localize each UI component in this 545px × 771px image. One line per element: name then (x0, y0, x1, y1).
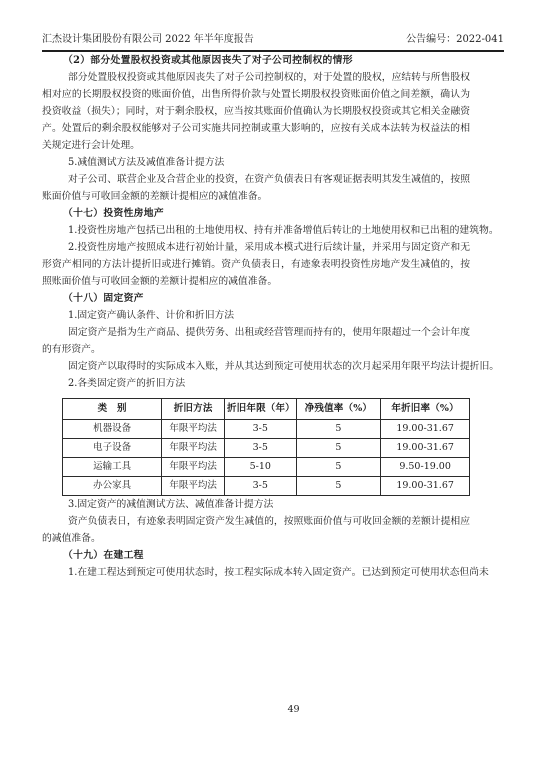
table-cell: 电子设备 (63, 439, 162, 458)
table-cell: 19.00-31.67 (381, 420, 470, 439)
paragraph-19-1: 1.在建工程达到预定可使用状态时，按工程实际成本转入固定资产。已达到预定可使用状… (42, 564, 470, 581)
heading-partial-disposal: （2）部分处置股权投资或其他原因丧失了对子公司控制权的情形 (42, 52, 470, 69)
announcement-number: 公告编号：2022-041 (406, 33, 504, 46)
table-cell: 3-5 (224, 439, 296, 458)
heading-18-1-recognition: 1.固定资产确认条件、计价和折旧方法 (42, 307, 470, 324)
table-cell: 5 (296, 420, 381, 439)
report-title: 汇杰设计集团股份有限公司 2022 年半年度报告 (42, 33, 254, 46)
table-cell: 3-5 (224, 477, 296, 496)
heading-18-2-depreciation-methods: 2.各类固定资产的折旧方法 (42, 375, 470, 392)
table-cell: 5 (296, 458, 381, 477)
paragraph-17-1: 1.投资性房地产包括已出租的土地使用权、持有并准备增值后转让的土地使用权和已出租… (42, 222, 470, 239)
table-row: 机器设备 年限平均法 3-5 5 19.00-31.67 (63, 420, 470, 439)
table-cell: 办公家具 (63, 477, 162, 496)
table-cell: 机器设备 (63, 420, 162, 439)
table-cell: 19.00-31.67 (381, 439, 470, 458)
document-body: （2）部分处置股权投资或其他原因丧失了对子公司控制权的情形 部分处置股权投资或其… (42, 52, 470, 581)
table-cell: 年限平均法 (162, 420, 225, 439)
table-cell: 5 (296, 439, 381, 458)
page-header: 汇杰设计集团股份有限公司 2022 年半年度报告 公告编号：2022-041 (42, 33, 504, 52)
paragraph-18-1a: 固定资产是指为生产商品、提供劳务、出租或经营管理而持有的，使用年限超过一个会计年… (42, 324, 470, 358)
table-cell: 5-10 (224, 458, 296, 477)
table-header-row: 类 别 折旧方法 折旧年限（年） 净残值率（%） 年折旧率（%） (63, 399, 470, 420)
paragraph-18-1b: 固定资产以取得时的实际成本入账，并从其达到预定可使用状态的次月起采用年限平均法计… (42, 358, 470, 375)
page-number: 49 (0, 704, 545, 715)
table-cell: 年限平均法 (162, 458, 225, 477)
table-cell: 运输工具 (63, 458, 162, 477)
table-cell: 年限平均法 (162, 477, 225, 496)
heading-impairment-method: 5.减值测试方法及减值准备计提方法 (42, 154, 470, 171)
table-cell: 年限平均法 (162, 439, 225, 458)
heading-section-17-investment-property: （十七）投资性房地产 (42, 205, 470, 222)
paragraph-impairment-method: 对子公司、联营企业及合营企业的投资，在资产负债表日有客观证据表明其发生减值的，按… (42, 171, 470, 205)
table-cell: 19.00-31.67 (381, 477, 470, 496)
column-header-category: 类 别 (63, 399, 162, 420)
paragraph-partial-disposal: 部分处置股权投资或其他原因丧失了对子公司控制权的，对于处置的股权，应结转与所售股… (42, 69, 470, 154)
paragraph-17-2: 2.投资性房地产按照成本进行初始计量，采用成本模式进行后续计量，并采用与固定资产… (42, 239, 470, 290)
table-cell: 9.50-19.00 (381, 458, 470, 477)
table-row: 电子设备 年限平均法 3-5 5 19.00-31.67 (63, 439, 470, 458)
heading-section-18-fixed-assets: （十八）固定资产 (42, 290, 470, 307)
table-cell: 3-5 (224, 420, 296, 439)
table-cell: 5 (296, 477, 381, 496)
table-row: 运输工具 年限平均法 5-10 5 9.50-19.00 (63, 458, 470, 477)
table-row: 办公家具 年限平均法 3-5 5 19.00-31.67 (63, 477, 470, 496)
column-header-residual-rate: 净残值率（%） (296, 399, 381, 420)
column-header-annual-rate: 年折旧率（%） (381, 399, 470, 420)
paragraph-18-3: 资产负债表日，有迹象表明固定资产发生减值的，按照账面价值与可收回金额的差额计提相… (42, 513, 470, 547)
column-header-years: 折旧年限（年） (224, 399, 296, 420)
column-header-method: 折旧方法 (162, 399, 225, 420)
heading-18-3-impairment: 3.固定资产的减值测试方法、减值准备计提方法 (42, 496, 470, 513)
document-page: 汇杰设计集团股份有限公司 2022 年半年度报告 公告编号：2022-041 （… (0, 0, 545, 771)
heading-section-19-construction-in-progress: （十九）在建工程 (42, 547, 470, 564)
depreciation-table: 类 别 折旧方法 折旧年限（年） 净残值率（%） 年折旧率（%） 机器设备 年限… (62, 398, 470, 496)
